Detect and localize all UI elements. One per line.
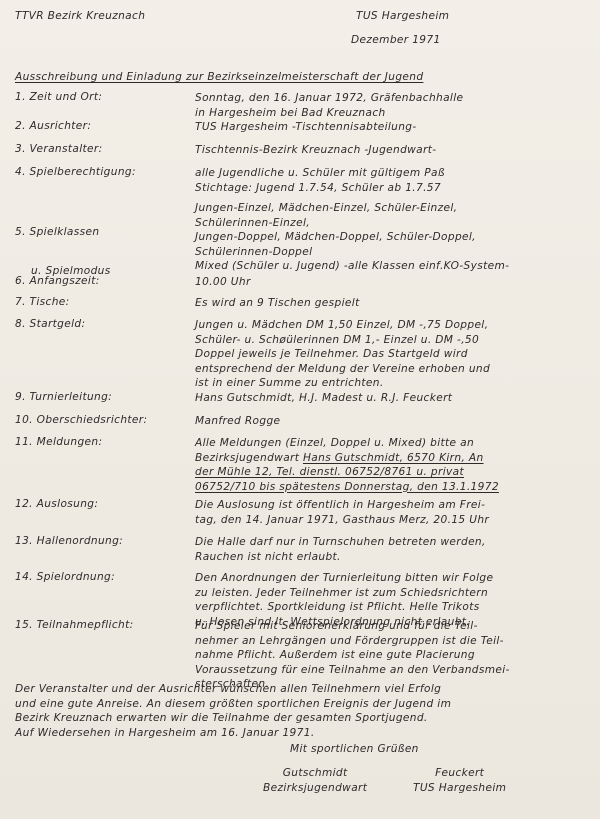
signature-name: Gutschmidt — [263, 766, 367, 781]
section-text-line: Sonntag, den 16. Januar 1972, Gräfenbach… — [195, 91, 463, 106]
section-text-line: Mixed (Schüler u. Jugend) -alle Klassen … — [195, 259, 509, 274]
section-number: 5. — [15, 226, 26, 238]
document-title: Ausschreibung und Einladung zur Bezirkse… — [15, 71, 423, 83]
section-text-line: TUS Hargesheim -Tischtennisabteilung- — [195, 120, 417, 135]
section-text-line: Jungen-Doppel, Mädchen-Doppel, Schüler-D… — [195, 230, 509, 245]
section-number: 10. — [15, 414, 33, 426]
section-text-line: in Hargesheim bei Bad Kreuznach — [195, 106, 463, 121]
section-label: Ausrichter: — [30, 120, 92, 132]
section-text-line: nahme Pflicht. Außerdem ist eine gute Pl… — [195, 648, 510, 663]
section-text-line: Stichtage: Jugend 1.7.54, Schüler ab 1.7… — [195, 181, 445, 196]
section-label: Veranstalter: — [30, 143, 103, 155]
section-text-line: Schülerinnen-Doppel — [195, 245, 509, 260]
section-label: Teilnahmepflicht: — [37, 619, 134, 631]
closing-line: Der Veranstalter und der Ausrichter wüns… — [15, 682, 451, 697]
section-text-line: entsprechend der Meldung der Vereine erh… — [195, 362, 490, 377]
header-organization: TTVR Bezirk Kreuznach — [15, 10, 145, 22]
section-text-line: Es wird an 9 Tischen gespielt — [195, 296, 360, 311]
section-text-line: Manfred Rogge — [195, 414, 280, 429]
section-number: 7. — [15, 296, 26, 308]
section-number: 1. — [15, 91, 26, 103]
section-number: 6. — [15, 275, 26, 287]
section-text-line: Die Halle darf nur in Turnschuhen betret… — [195, 535, 486, 550]
section-text-line: nehmer an Lehrgängen und Fördergruppen i… — [195, 634, 510, 649]
section-text-line: Doppel jeweils je Teilnehmer. Das Startg… — [195, 347, 490, 362]
signature-role: Bezirksjugendwart — [263, 781, 367, 796]
section-label: Turnierleitung: — [30, 391, 113, 403]
contact-phone: der Mühle 12, Tel. dienstl. 06752/8761 u… — [195, 465, 499, 480]
section-text-line: Schüler- u. Schøülerinnen DM 1,- Einzel … — [195, 333, 490, 348]
section-text-line: Den Anordnungen der Turnierleitung bitte… — [195, 571, 493, 586]
section-number: 4. — [15, 166, 26, 178]
section-label: Zeit und Ort: — [30, 91, 103, 103]
section-label: Meldungen: — [37, 436, 103, 448]
section-label: Spielklassen — [30, 226, 100, 238]
section-label: Hallenordnung: — [37, 535, 123, 547]
section-label: Tische: — [30, 296, 70, 308]
section-label: Startgeld: — [30, 318, 86, 330]
section-label: Spielberechtigung: — [30, 166, 136, 178]
signature-block-jugendwart: Gutschmidt Bezirksjugendwart — [263, 766, 367, 795]
section-text-line: verpflichtet. Sportkleidung ist Pflicht.… — [195, 600, 493, 615]
contact-address: Hans Gutschmidt, 6570 Kirn, An — [303, 452, 484, 464]
header-date: Dezember 1971 — [351, 34, 441, 46]
section-label: Anfangszeit: — [30, 275, 100, 287]
section-number: 11. — [15, 436, 33, 448]
section-number: 9. — [15, 391, 26, 403]
section-text-line: Rauchen ist nicht erlaubt. — [195, 550, 486, 565]
section-label: Auslosung: — [37, 498, 99, 510]
section-number: 14. — [15, 571, 33, 583]
section-number: 15. — [15, 619, 33, 631]
section-text-line: Jungen u. Mädchen DM 1,50 Einzel, DM -,7… — [195, 318, 490, 333]
header-club: TUS Hargesheim — [356, 10, 449, 22]
section-number: 2. — [15, 120, 26, 132]
section-text-line: Jungen-Einzel, Mädchen-Einzel, Schüler-E… — [195, 201, 509, 216]
closing-line: Auf Wiedersehen in Hargesheim am 16. Jan… — [15, 726, 451, 741]
section-text-line: zu leisten. Jeder Teilnehmer ist zum Sch… — [195, 586, 493, 601]
section-text-line: tag, den 14. Januar 1971, Gasthaus Merz,… — [195, 513, 489, 528]
section-text-line: ist in einer Summe zu entrichten. — [195, 376, 490, 391]
section-label: Spielordnung: — [37, 571, 115, 583]
section-number: 12. — [15, 498, 33, 510]
closing-line: und eine gute Anreise. An diesem größten… — [15, 697, 451, 712]
deadline: 06752/710 bis spätestens Donnerstag, den… — [195, 480, 499, 495]
section-text-line: Bezirksjugendwart Hans Gutschmidt, 6570 … — [195, 451, 499, 466]
section-text-line: Hans Gutschmidt, H.J. Madest u. R.J. Feu… — [195, 391, 452, 406]
section-text-line: Schülerinnen-Einzel, — [195, 216, 509, 231]
signature-block-club: Feuckert TUS Hargesheim — [413, 766, 506, 795]
section-text-line: Voraussetzung für eine Teilnahme an den … — [195, 663, 510, 678]
signature-name: Feuckert — [413, 766, 506, 781]
section-label: Oberschiedsrichter: — [37, 414, 148, 426]
document-page: TTVR Bezirk Kreuznach TUS Hargesheim Dez… — [0, 0, 600, 819]
section-text-line: Für Spieler mit Seniorenerklärung und fü… — [195, 619, 510, 634]
section-text-line: 10.00 Uhr — [195, 275, 251, 290]
section-number: 8. — [15, 318, 26, 330]
section-number: 13. — [15, 535, 33, 547]
signature-role: TUS Hargesheim — [413, 781, 506, 796]
section-text-line: Die Auslosung ist öffentlich in Hargeshe… — [195, 498, 489, 513]
section-text-line: Tischtennis-Bezirk Kreuznach -Jugendwart… — [195, 143, 436, 158]
closing-line: Bezirk Kreuznach erwarten wir die Teilna… — [15, 711, 451, 726]
section-text-line: Alle Meldungen (Einzel, Doppel u. Mixed)… — [195, 436, 499, 451]
section-text-line: alle Jugendliche u. Schüler mit gültigem… — [195, 166, 445, 181]
closing-paragraph: Der Veranstalter und der Ausrichter wüns… — [15, 682, 451, 740]
section-number: 3. — [15, 143, 26, 155]
greeting: Mit sportlichen Grüßen — [290, 743, 419, 755]
